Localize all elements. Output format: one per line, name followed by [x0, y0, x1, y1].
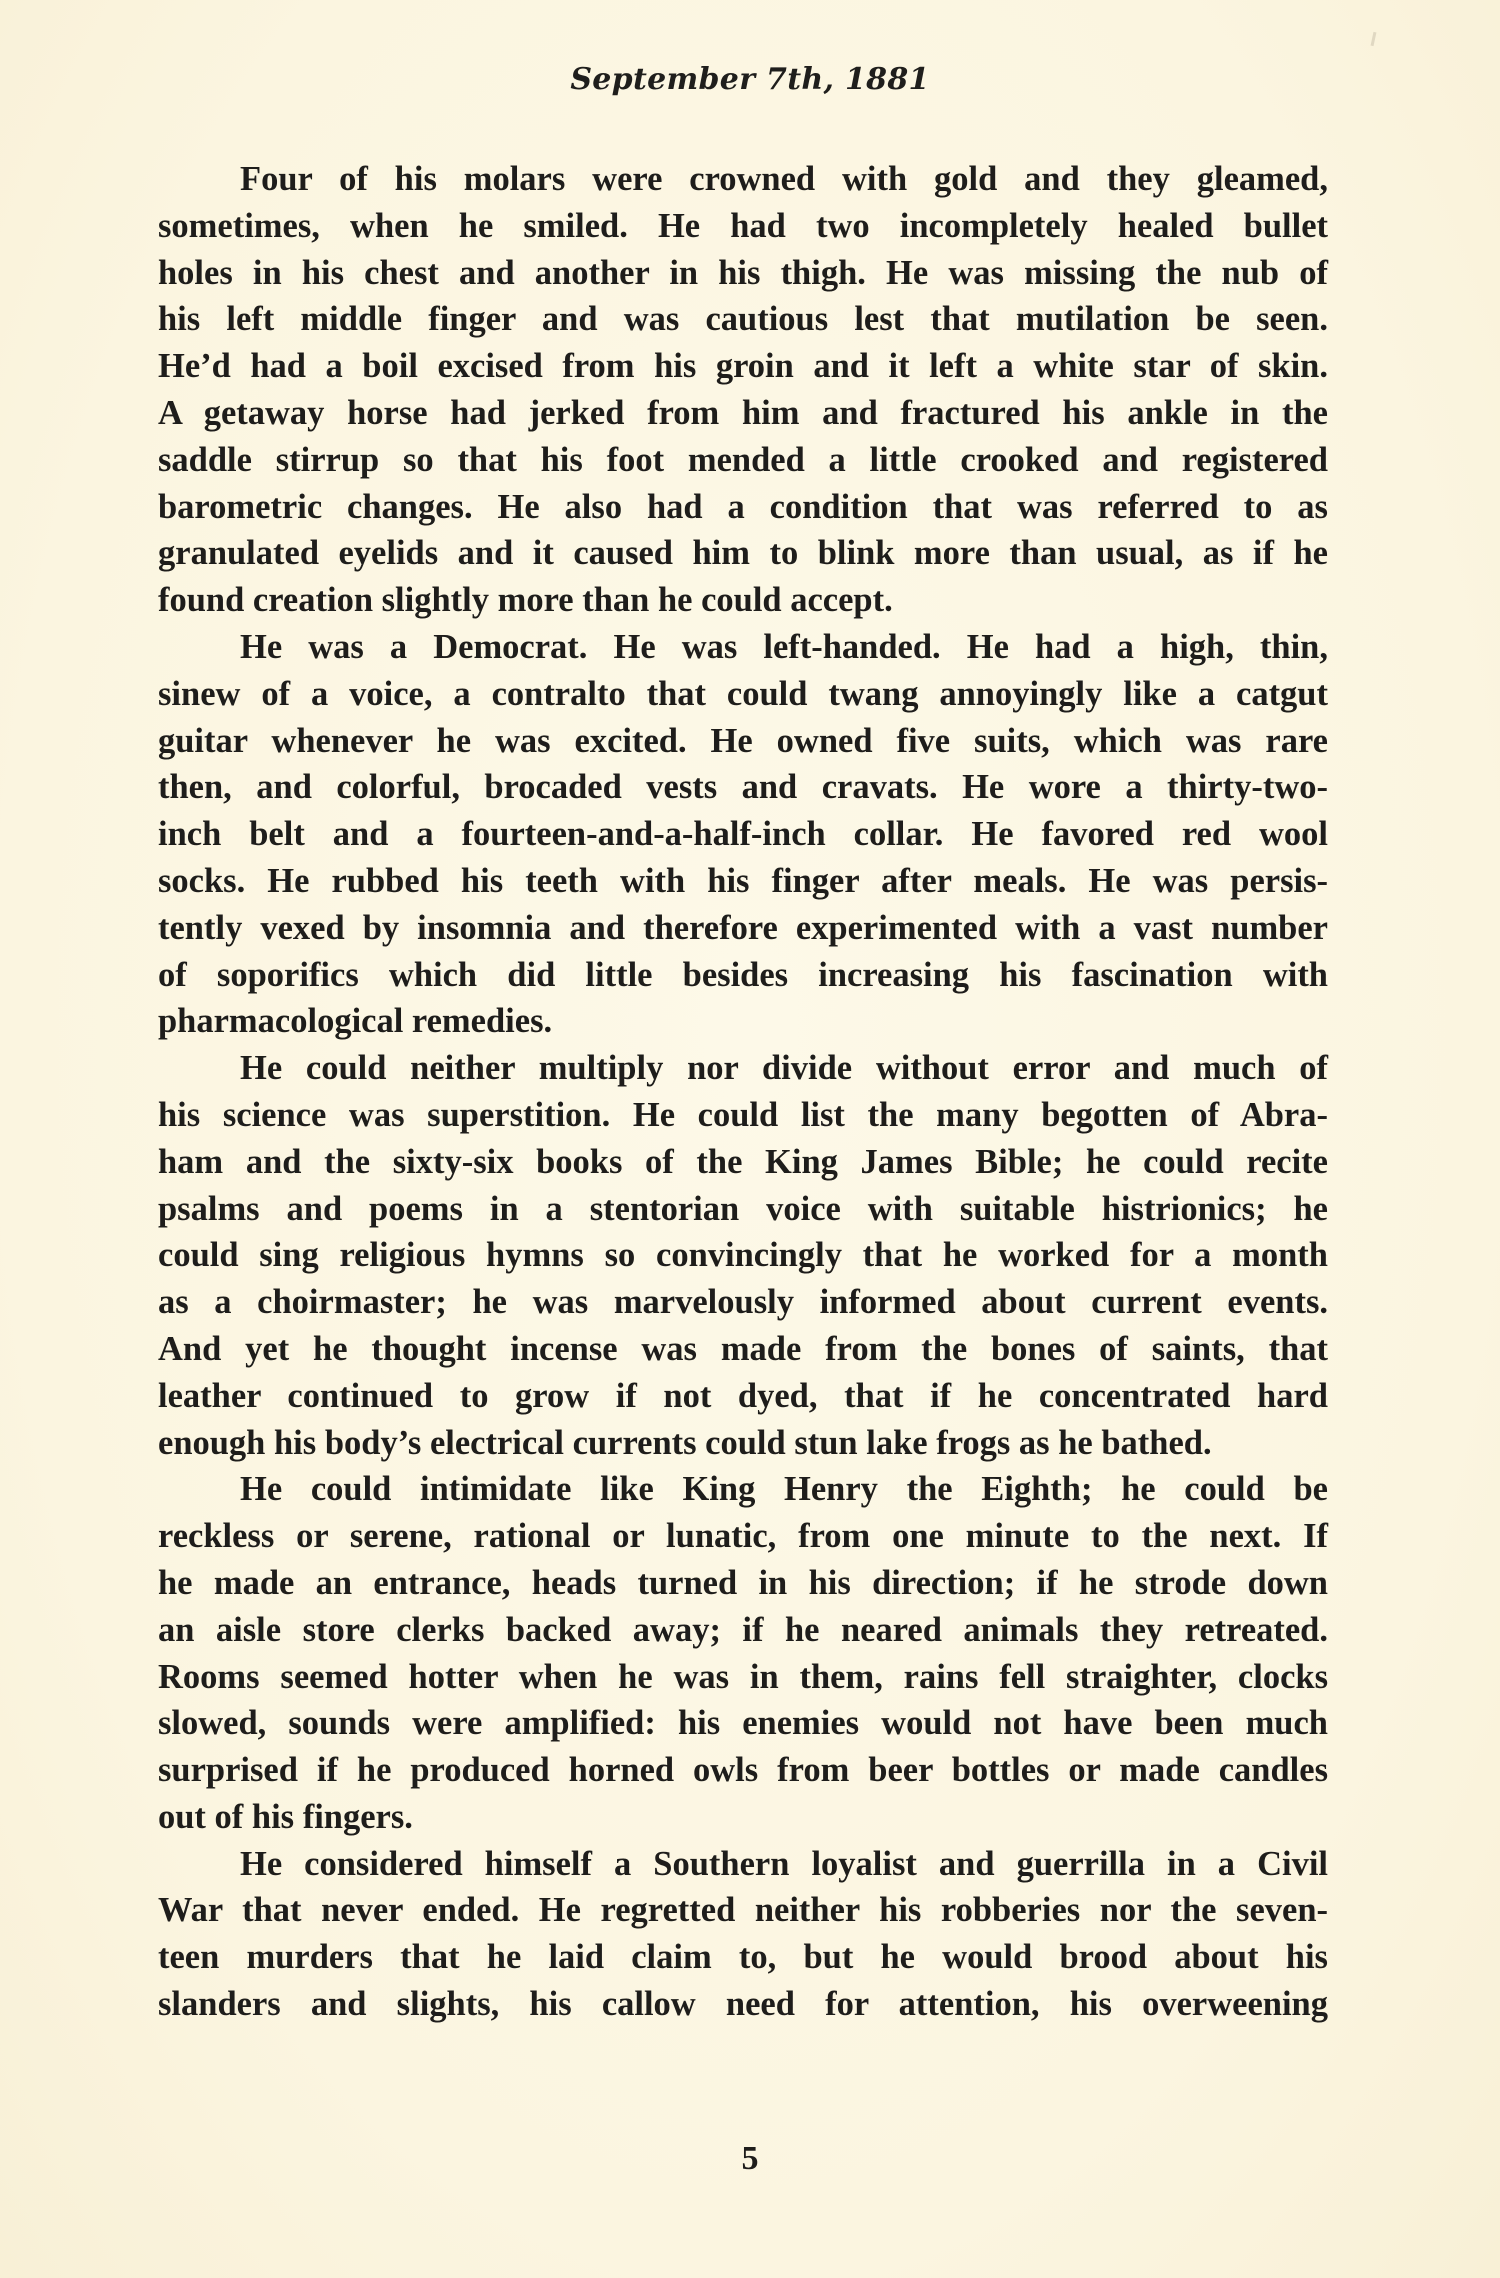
- text-line: He was a Democrat. He was left-handed. H…: [158, 624, 1328, 671]
- text-line: He considered himself a Southern loyalis…: [158, 1841, 1328, 1888]
- body-text: Four of his molars were crowned with gol…: [158, 156, 1328, 2028]
- paragraph-5: He considered himself a Southern loyalis…: [158, 1841, 1328, 2028]
- text-line: sinew of a voice, a contralto that could…: [158, 671, 1328, 718]
- text-line: A getaway horse had jerked from him and …: [158, 390, 1328, 437]
- text-line: he made an entrance, heads turned in his…: [158, 1560, 1328, 1607]
- text-line: ham and the sixty-six books of the King …: [158, 1139, 1328, 1186]
- book-page: September 7th, 1881 Four of his molars w…: [0, 0, 1500, 2278]
- text-line: saddle stirrup so that his foot mended a…: [158, 437, 1328, 484]
- text-line: an aisle store clerks backed away; if he…: [158, 1607, 1328, 1654]
- text-line: teen murders that he laid claim to, but …: [158, 1934, 1328, 1981]
- page-number: 5: [0, 2140, 1500, 2178]
- text-line: Four of his molars were crowned with gol…: [158, 156, 1328, 203]
- text-line: He could intimidate like King Henry the …: [158, 1466, 1328, 1513]
- text-line: barometric changes. He also had a condit…: [158, 484, 1328, 531]
- text-line: He’d had a boil excised from his groin a…: [158, 343, 1328, 390]
- text-line: He could neither multiply nor divide wit…: [158, 1045, 1328, 1092]
- text-line: then, and colorful, brocaded vests and c…: [158, 764, 1328, 811]
- text-line: out of his fingers.: [158, 1794, 1328, 1841]
- text-line: psalms and poems in a stentorian voice w…: [158, 1186, 1328, 1233]
- text-line: as a choirmaster; he was marvelously inf…: [158, 1279, 1328, 1326]
- text-line: holes in his chest and another in his th…: [158, 250, 1328, 297]
- running-head: September 7th, 1881: [0, 62, 1500, 97]
- paragraph-1: Four of his molars were crowned with gol…: [158, 156, 1328, 624]
- text-line: slowed, sounds were amplified: his enemi…: [158, 1700, 1328, 1747]
- text-line: his science was superstition. He could l…: [158, 1092, 1328, 1139]
- text-line: slanders and slights, his callow need fo…: [158, 1981, 1328, 2028]
- text-line: could sing religious hymns so convincing…: [158, 1232, 1328, 1279]
- text-line: granulated eyelids and it caused him to …: [158, 530, 1328, 577]
- text-line: War that never ended. He regretted neith…: [158, 1887, 1328, 1934]
- text-line: his left middle finger and was cautious …: [158, 296, 1328, 343]
- text-line: guitar whenever he was excited. He owned…: [158, 718, 1328, 765]
- text-line: pharmacological remedies.: [158, 998, 1328, 1045]
- text-line: socks. He rubbed his teeth with his fing…: [158, 858, 1328, 905]
- text-line: inch belt and a fourteen-and-a-half-inch…: [158, 811, 1328, 858]
- paragraph-4: He could intimidate like King Henry the …: [158, 1466, 1328, 1840]
- paragraph-2: He was a Democrat. He was left-handed. H…: [158, 624, 1328, 1045]
- text-line: surprised if he produced horned owls fro…: [158, 1747, 1328, 1794]
- text-line: Rooms seemed hotter when he was in them,…: [158, 1654, 1328, 1701]
- text-line: enough his body’s electrical currents co…: [158, 1420, 1328, 1467]
- text-line: And yet he thought incense was made from…: [158, 1326, 1328, 1373]
- text-line: tently vexed by insomnia and therefore e…: [158, 905, 1328, 952]
- text-line: of soporifics which did little besides i…: [158, 952, 1328, 999]
- text-line: leather continued to grow if not dyed, t…: [158, 1373, 1328, 1420]
- text-line: found creation slightly more than he cou…: [158, 577, 1328, 624]
- scan-artifact-mark: [1371, 32, 1377, 46]
- text-line: reckless or serene, rational or lunatic,…: [158, 1513, 1328, 1560]
- paragraph-3: He could neither multiply nor divide wit…: [158, 1045, 1328, 1466]
- text-line: sometimes, when he smiled. He had two in…: [158, 203, 1328, 250]
